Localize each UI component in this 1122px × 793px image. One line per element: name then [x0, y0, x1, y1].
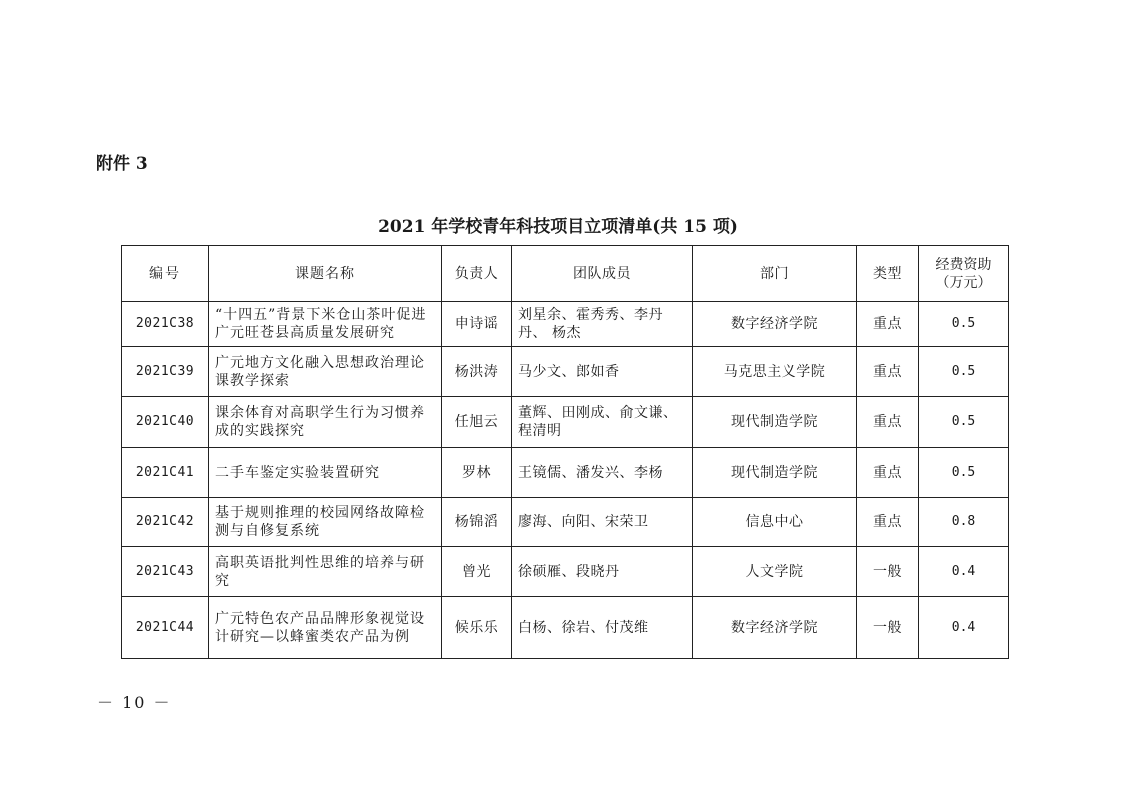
cell-type: 重点 [857, 347, 919, 397]
cell-team: 王镜儒、潘发兴、李杨 [512, 448, 693, 498]
cell-id: 2021C44 [122, 597, 209, 659]
cell-dept: 现代制造学院 [693, 397, 857, 448]
cell-dept: 数字经济学院 [693, 597, 857, 659]
cell-id: 2021C38 [122, 302, 209, 347]
page-number: － 10 － [97, 690, 172, 713]
cell-type: 一般 [857, 547, 919, 597]
cell-id: 2021C40 [122, 397, 209, 448]
table-row: 2021C39广元地方文化融入思想政治理论课教学探索杨洪涛马少文、郎如香马克思主… [122, 347, 1009, 397]
header-title: 课题名称 [209, 246, 442, 302]
cell-title: 广元特色农产品品牌形象视觉设计研究—以蜂蜜类农产品为例 [209, 597, 442, 659]
cell-type: 重点 [857, 302, 919, 347]
attachment-label: 附件 3 [96, 149, 148, 174]
cell-title: “十四五”背景下米仓山茶叶促进广元旺苍县高质量发展研究 [209, 302, 442, 347]
cell-lead: 杨锦滔 [442, 498, 512, 547]
cell-dept: 马克思主义学院 [693, 347, 857, 397]
cell-lead: 曾光 [442, 547, 512, 597]
cell-title: 课余体育对高职学生行为习惯养成的实践探究 [209, 397, 442, 448]
cell-dept: 信息中心 [693, 498, 857, 547]
table-row: 2021C42基于规则推理的校园网络故障检测与自修复系统杨锦滔廖海、向阳、宋荣卫… [122, 498, 1009, 547]
header-type: 类型 [857, 246, 919, 302]
cell-lead: 候乐乐 [442, 597, 512, 659]
table-row: 2021C43高职英语批判性思维的培养与研究曾光徐硕雁、段晓丹人文学院一般0.4 [122, 547, 1009, 597]
table-row: 2021C38“十四五”背景下米仓山茶叶促进广元旺苍县高质量发展研究申诗谣刘星余… [122, 302, 1009, 347]
cell-lead: 申诗谣 [442, 302, 512, 347]
table-header-row: 编号 课题名称 负责人 团队成员 部门 类型 经费资助 （万元） [122, 246, 1009, 302]
page-title: 2021 年学校青年科技项目立项清单(共 15 项) [0, 212, 1122, 237]
cell-fund: 0.4 [919, 547, 1009, 597]
cell-dept: 人文学院 [693, 547, 857, 597]
cell-id: 2021C43 [122, 547, 209, 597]
cell-type: 重点 [857, 448, 919, 498]
header-fund-line1: 经费资助 [925, 256, 1002, 274]
cell-team: 董辉、田刚成、俞文谦、程清明 [512, 397, 693, 448]
cell-team: 徐硕雁、段晓丹 [512, 547, 693, 597]
cell-title: 基于规则推理的校园网络故障检测与自修复系统 [209, 498, 442, 547]
cell-dept: 现代制造学院 [693, 448, 857, 498]
cell-fund: 0.8 [919, 498, 1009, 547]
cell-fund: 0.5 [919, 347, 1009, 397]
header-lead: 负责人 [442, 246, 512, 302]
table-body: 2021C38“十四五”背景下米仓山茶叶促进广元旺苍县高质量发展研究申诗谣刘星余… [122, 302, 1009, 659]
table-row: 2021C44广元特色农产品品牌形象视觉设计研究—以蜂蜜类农产品为例候乐乐白杨、… [122, 597, 1009, 659]
cell-fund: 0.5 [919, 397, 1009, 448]
header-fund-line2: （万元） [925, 274, 1002, 292]
cell-fund: 0.5 [919, 302, 1009, 347]
cell-lead: 罗林 [442, 448, 512, 498]
cell-team: 马少文、郎如香 [512, 347, 693, 397]
header-id: 编号 [122, 246, 209, 302]
header-dept: 部门 [693, 246, 857, 302]
cell-title: 广元地方文化融入思想政治理论课教学探索 [209, 347, 442, 397]
cell-id: 2021C41 [122, 448, 209, 498]
cell-fund: 0.4 [919, 597, 1009, 659]
project-table: 编号 课题名称 负责人 团队成员 部门 类型 经费资助 （万元） 2021C38… [121, 245, 1009, 659]
cell-title: 二手车鉴定实验装置研究 [209, 448, 442, 498]
cell-id: 2021C39 [122, 347, 209, 397]
cell-lead: 任旭云 [442, 397, 512, 448]
cell-type: 重点 [857, 498, 919, 547]
cell-title: 高职英语批判性思维的培养与研究 [209, 547, 442, 597]
cell-team: 廖海、向阳、宋荣卫 [512, 498, 693, 547]
cell-type: 重点 [857, 397, 919, 448]
table-row: 2021C40课余体育对高职学生行为习惯养成的实践探究任旭云董辉、田刚成、俞文谦… [122, 397, 1009, 448]
cell-fund: 0.5 [919, 448, 1009, 498]
header-team: 团队成员 [512, 246, 693, 302]
cell-team: 刘星余、霍秀秀、李丹丹、 杨杰 [512, 302, 693, 347]
header-fund: 经费资助 （万元） [919, 246, 1009, 302]
cell-team: 白杨、徐岩、付茂维 [512, 597, 693, 659]
title-text: 2021 年学校青年科技项目立项清单(共 15 项) [378, 217, 738, 237]
cell-lead: 杨洪涛 [442, 347, 512, 397]
cell-dept: 数字经济学院 [693, 302, 857, 347]
table-row: 2021C41二手车鉴定实验装置研究罗林王镜儒、潘发兴、李杨现代制造学院重点0.… [122, 448, 1009, 498]
cell-type: 一般 [857, 597, 919, 659]
cell-id: 2021C42 [122, 498, 209, 547]
